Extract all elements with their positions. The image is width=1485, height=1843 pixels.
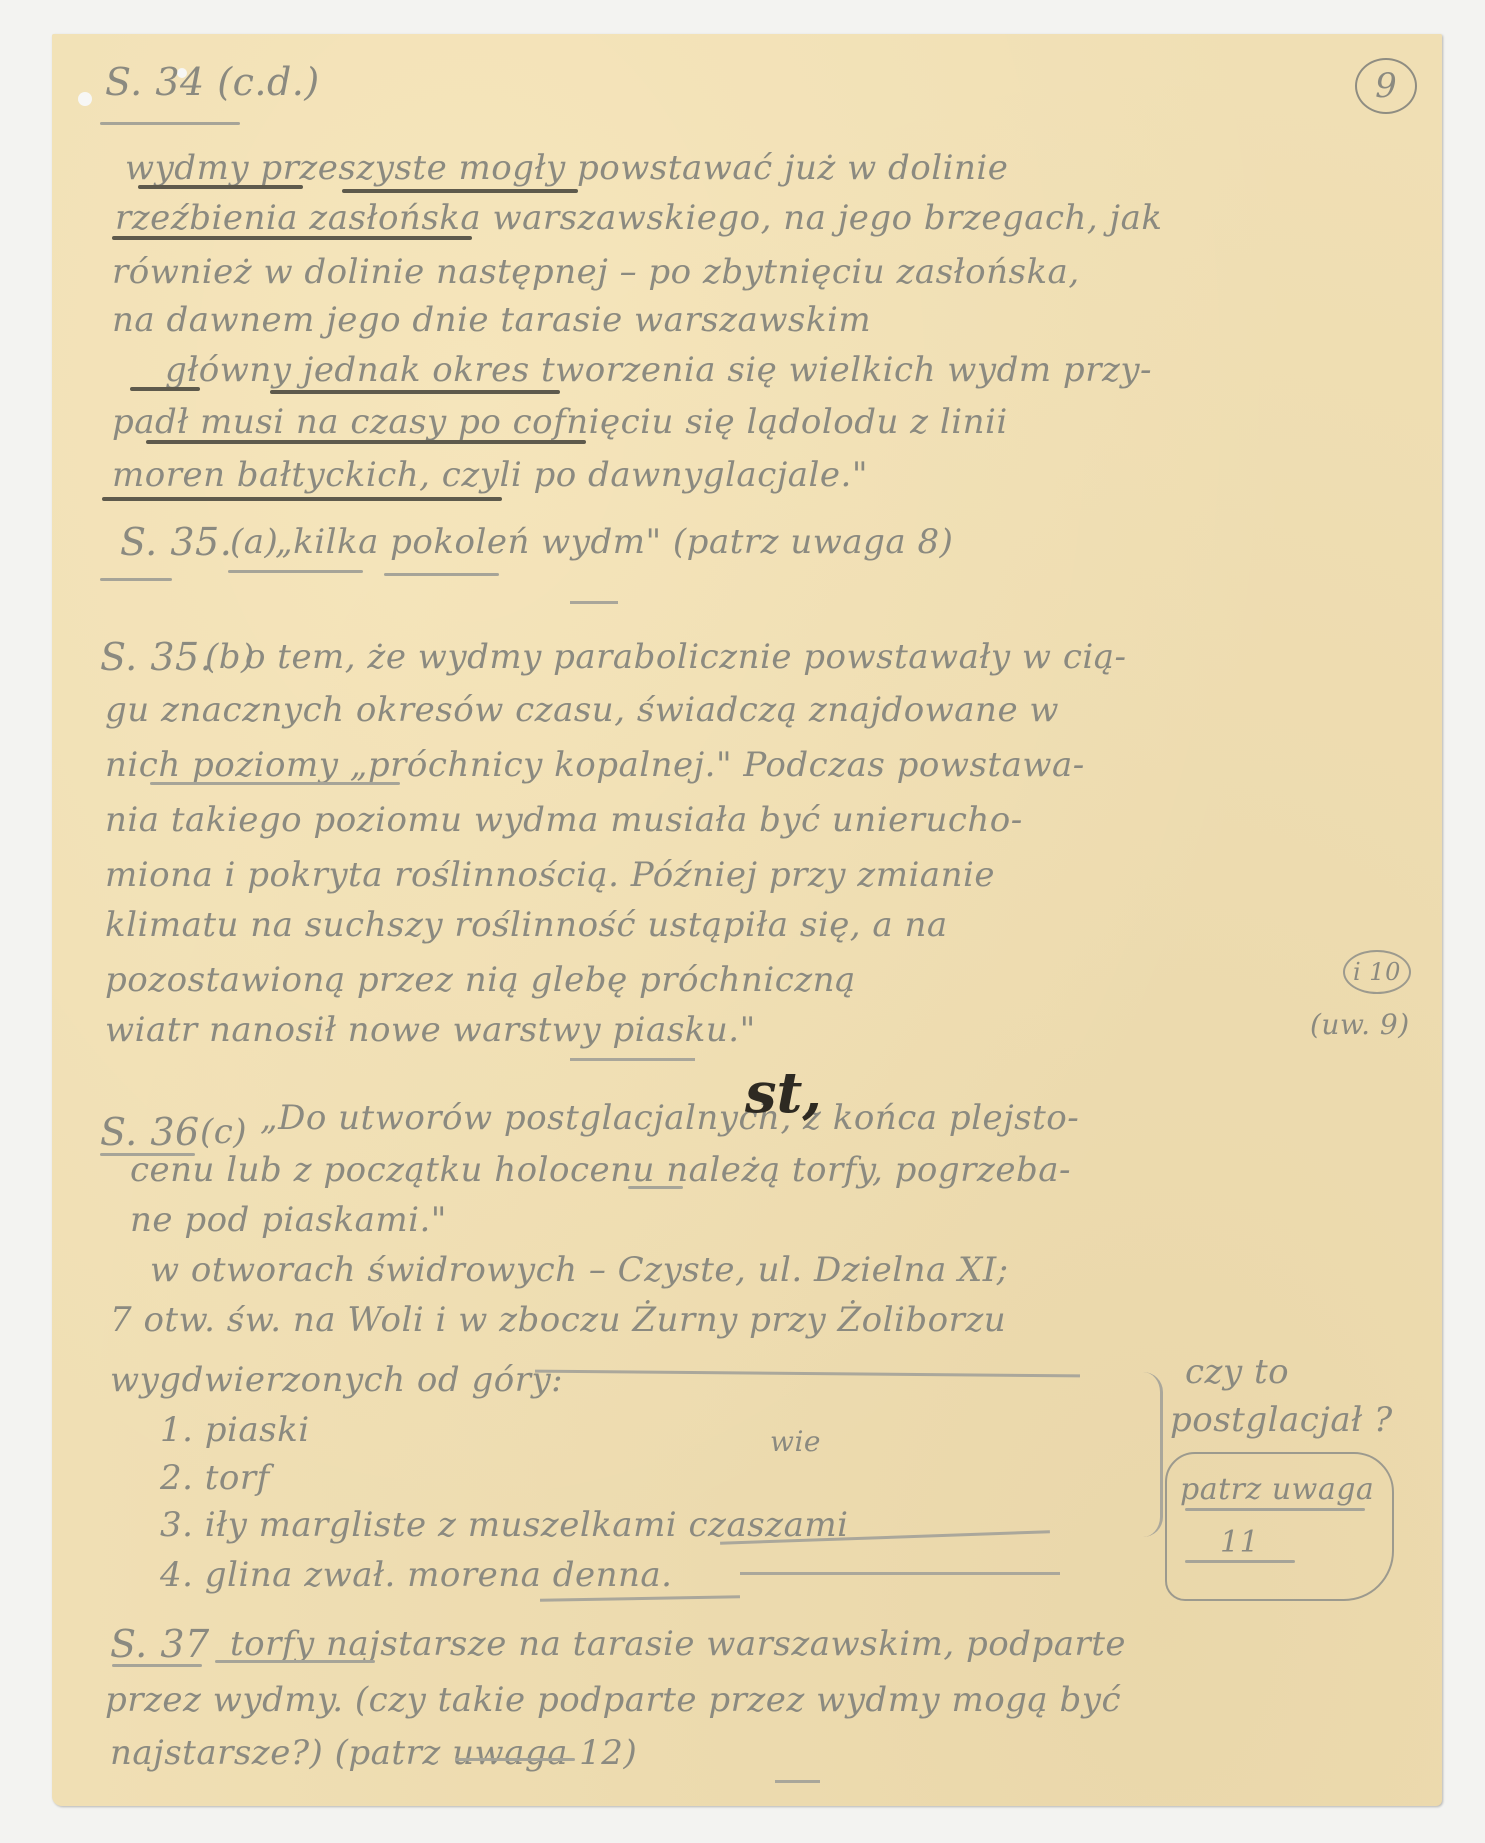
underline xyxy=(102,497,502,501)
margin-note-circled: i 10 xyxy=(1343,950,1411,994)
underline xyxy=(270,390,560,394)
section-heading-s37: S. 37 xyxy=(110,1622,210,1666)
text-line: 7 otw. św. na Woli i w zboczu Żurny przy… xyxy=(110,1300,1006,1340)
section-heading-s36: S. 36 xyxy=(100,1110,200,1154)
text-line: cenu lub z początku holocenu należą torf… xyxy=(130,1150,1071,1190)
margin-note-ref: (uw. 9) xyxy=(1310,1008,1410,1041)
heading-underline xyxy=(100,122,240,125)
underline xyxy=(1185,1508,1365,1511)
section-marker: (a) xyxy=(230,522,278,562)
underline xyxy=(342,189,578,193)
list-item: 4. glina zwał. morena denna. xyxy=(160,1555,672,1595)
insertion-note: wie xyxy=(770,1425,821,1458)
ink-correction: st, xyxy=(745,1060,822,1126)
brace-icon xyxy=(1140,1372,1163,1537)
text-line: główny jednak okres tworzenia się wielki… xyxy=(165,350,1152,390)
text-line: również w dolinie następnej – po zbytnię… xyxy=(112,252,1080,292)
underline xyxy=(146,440,586,444)
text-line: klimatu na suchszy roślinność ustąpiła s… xyxy=(105,905,948,945)
separator xyxy=(570,1058,695,1061)
text-line: wydmy przeszyste mogły powstawać już w d… xyxy=(125,148,1008,188)
text-line: przez wydmy. (czy takie podparte przez w… xyxy=(105,1680,1121,1720)
text-line: rzeźbienia zasłońska warszawskiego, na j… xyxy=(115,198,1162,238)
underline xyxy=(455,1758,575,1761)
text-line: miona i pokryta roślinnością. Później pr… xyxy=(105,855,995,895)
section-heading-s35b: S. 35. xyxy=(100,635,212,679)
text-line: ne pod piaskami." xyxy=(130,1200,447,1240)
underline xyxy=(1185,1560,1295,1563)
bracket-line xyxy=(740,1572,1060,1575)
heading-underline xyxy=(100,578,172,581)
underline xyxy=(130,387,200,391)
underline xyxy=(215,1660,375,1663)
underline xyxy=(112,236,472,240)
underline xyxy=(628,1186,683,1189)
text-line: torfy najstarsze na tarasie warszawskim,… xyxy=(230,1624,1126,1664)
text-line: wiatr nanosił nowe warstwy piasku." xyxy=(105,1010,756,1050)
section-marker: (c) xyxy=(200,1112,247,1152)
text-line: w otworach świdrowych – Czyste, ul. Dzie… xyxy=(150,1250,1009,1290)
text-line: moren bałtyckich, czyli po dawnyglacjale… xyxy=(112,455,868,495)
text-line: najstarsze?) (patrz uwaga 12) xyxy=(110,1733,637,1773)
text-line: padł musi na czasy po cofnięciu się lądo… xyxy=(112,402,1008,442)
text-line: o tem, że wydmy parabolicznie powstawały… xyxy=(245,637,1127,677)
section-heading-s35a: S. 35. xyxy=(120,520,232,564)
text-line: nia takiego poziomu wydma musiała być un… xyxy=(105,800,1023,840)
underline xyxy=(138,185,303,189)
underline xyxy=(150,782,400,785)
boxed-note-number: 11 xyxy=(1220,1525,1259,1560)
underline xyxy=(384,573,499,576)
text-line: „Do utworów postglacjalnych, z końca ple… xyxy=(260,1098,1079,1138)
heading-underline xyxy=(112,1664,202,1667)
side-note: czy to xyxy=(1185,1352,1289,1392)
text-line: nich poziomy „próchnicy kopalnej." Podcz… xyxy=(105,745,1085,785)
text-line: gu znacznych okresów czasu, świadczą zna… xyxy=(105,690,1059,730)
list-item: 1. piaski xyxy=(160,1410,310,1450)
text-line: pozostawioną przez nią glebę próchniczną xyxy=(105,960,856,1000)
separator xyxy=(570,601,618,604)
text-line: na dawnem jego dnie tarasie warszawskim xyxy=(112,300,871,340)
page-number: 9 xyxy=(1355,58,1417,114)
section-heading-s34: S. 34 (c.d.) xyxy=(105,60,320,104)
list-item: 2. torf xyxy=(160,1458,270,1498)
text-line: „kilka pokoleń wydm" (patrz uwaga 8) xyxy=(275,522,953,562)
text-line: wygdwierzonych od góry: xyxy=(110,1360,563,1400)
boxed-note-text: patrz uwaga xyxy=(1180,1472,1374,1507)
punch-hole xyxy=(78,92,92,106)
underline xyxy=(228,570,363,573)
list-item: 3. iły margliste z muszelkami czaszami xyxy=(160,1505,848,1545)
separator xyxy=(775,1780,820,1783)
side-note: postglacjał ? xyxy=(1170,1400,1393,1440)
